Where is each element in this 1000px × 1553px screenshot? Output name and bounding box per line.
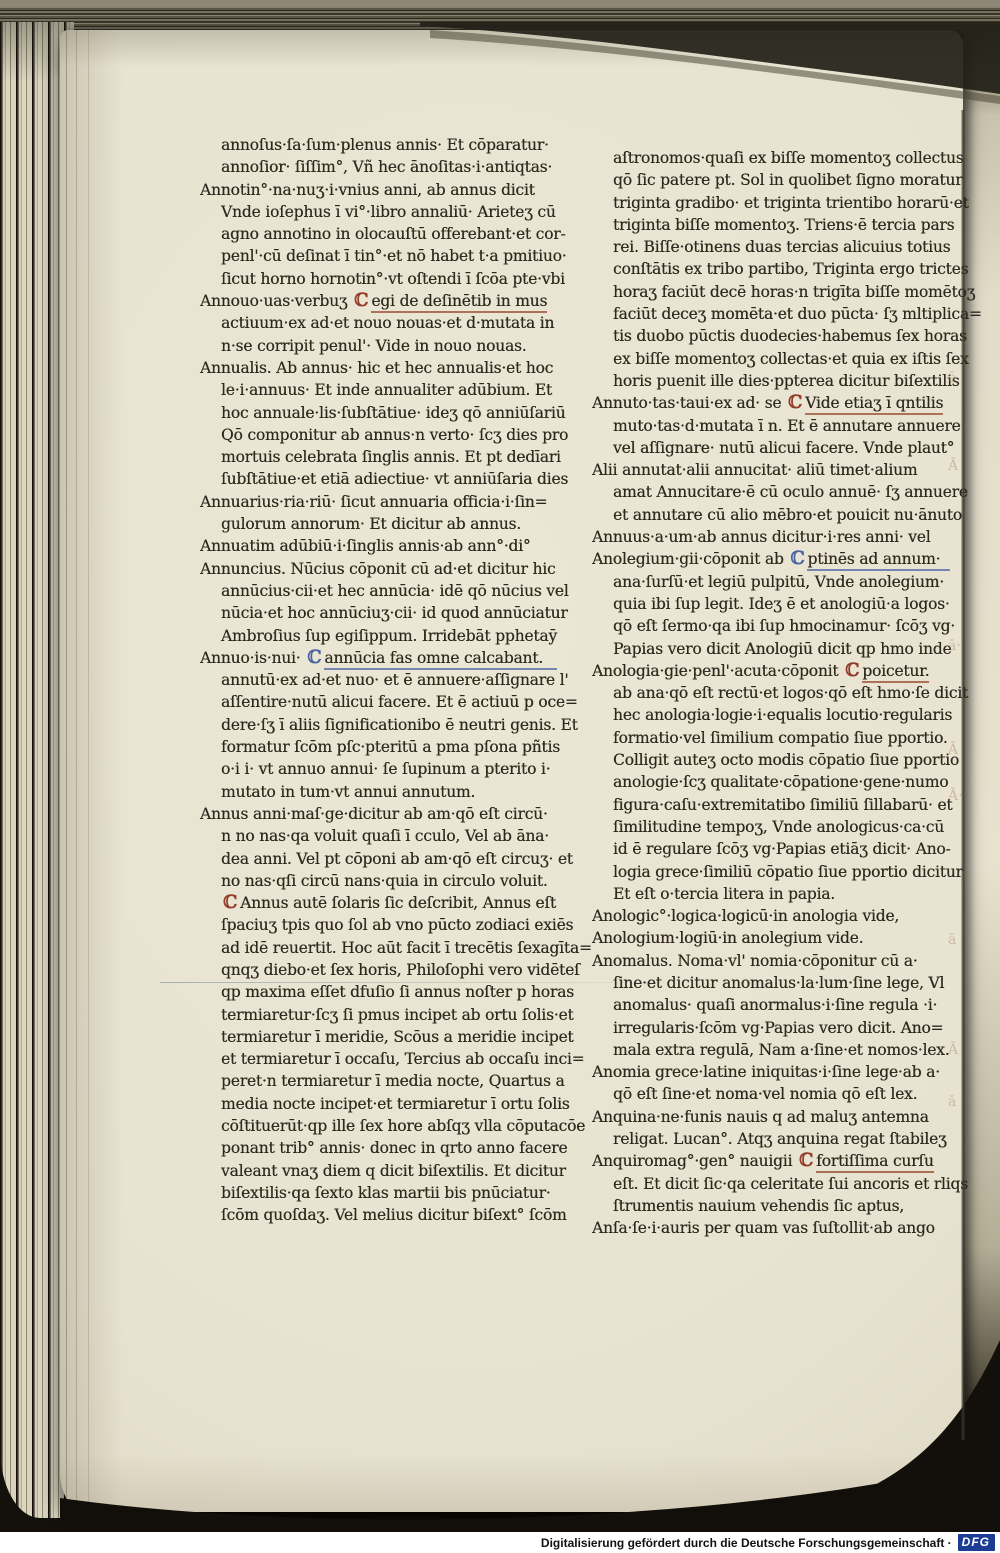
- text-run: Vide etiaʒ ī qntilis: [805, 394, 943, 415]
- text-line: Anolegium·gii·cōponit ab ℂptinēs ad annu…: [592, 548, 982, 570]
- text-line: vel aſſignare· nutū alicui facere. Vnde …: [592, 437, 982, 459]
- text-run: ſcōm quoſdaʒ. Vel melius dicitur biſext°…: [221, 1206, 567, 1224]
- text-line: Anologic°·logica·logicū·in anologia vide…: [592, 905, 982, 927]
- text-line: mala extra regulā, Nam a·ſine·et nomos·l…: [592, 1039, 982, 1061]
- text-run: triginta gradibo· et triginta trientibo …: [613, 194, 969, 212]
- text-line: ad idē reuertit. Hoc aūt facit ī trecēti…: [200, 937, 592, 959]
- text-run: triginta biſſe momentoʒ. Triens·ē tercia…: [613, 216, 954, 234]
- text-run: ad idē reuertit. Hoc aūt facit ī trecēti…: [221, 939, 592, 957]
- text-line: gulorum annorum· Et dicitur ab annus.: [200, 513, 592, 535]
- show-through-mark: ā: [948, 932, 956, 948]
- text-line: ana·ſurſū·et legiū pulpitū, Vnde anolegi…: [592, 571, 982, 593]
- text-run: rei. Biſſe·otinens duas tercias alicuius…: [613, 238, 950, 256]
- text-line: Vnde ioſephus ī vi°·libro annaliū· Ariet…: [200, 201, 592, 223]
- text-run: Annuus·a·um·ab annus dicitur·i·res anni·…: [592, 528, 930, 546]
- text-run: Anologium·logiū·in anolegium vide.: [592, 929, 863, 947]
- text-run: cōſtituerūt·qp ille ſex hore abſqʒ vlla …: [221, 1117, 585, 1135]
- text-run: ſubſtātiue·et etiā adiectiue· vt anniūſa…: [221, 470, 568, 488]
- text-run: Anſa·ſe·i·auris per quam vas ſuſtollit·a…: [592, 1219, 935, 1237]
- text-line: Colligit auteʒ octo modis cōpatio ſiue p…: [592, 749, 982, 771]
- text-run: Annus anni·maſ·ge·dicitur ab am·qō eſt c…: [200, 805, 548, 823]
- gutter-crease-line: [88, 30, 89, 1512]
- text-line: Anquiromag°·gen° nauigii ℂfortiſſima cur…: [592, 1150, 982, 1172]
- text-line: ponant trib° annis· donec in qrto anno f…: [200, 1137, 592, 1159]
- text-line: triginta biſſe momentoʒ. Triens·ē tercia…: [592, 214, 982, 236]
- text-column-left: annoſus·ſa·ſum·plenus annis· Et cōparatu…: [200, 134, 592, 1227]
- text-column-right: aſtronomos·quaſi ex biſſe momentoʒ colle…: [592, 147, 982, 1240]
- text-line: n·se corripit penul'· Vide in nouo nouas…: [200, 335, 592, 357]
- text-line: qnqʒ diebo·et ſex horis, Philoſophi vero…: [200, 959, 592, 981]
- text-run: Colligit auteʒ octo modis cōpatio ſiue p…: [613, 751, 959, 769]
- text-line: cōſtituerūt·qp ille ſex hore abſqʒ vlla …: [200, 1115, 592, 1137]
- text-run: ex biſſe momentoʒ collectas·et quia ex i…: [613, 350, 969, 368]
- text-run: et termiaretur ī occaſu, Tercius ab occa…: [221, 1050, 584, 1068]
- text-run: faciūt deceʒ momēta·et duo pūcta· ſʒ mlt…: [613, 305, 982, 323]
- text-run: penl'·cū deſinat ī tin°·et nō habet t·a …: [221, 247, 567, 265]
- text-run: qō eſt ſine·et noma·vel nomia qō eſt lex…: [613, 1085, 917, 1103]
- text-run: ſimilitudine tempoʒ, Vnde anologicus·ca·…: [613, 818, 944, 836]
- text-run: amat Annucitare·ē cū oculo annuē· ſʒ ann…: [613, 483, 968, 501]
- text-run: quia ibi ſup legit. Ideʒ ē et anologiū·a…: [613, 595, 950, 613]
- gutter-crease-line: [76, 30, 77, 1512]
- text-line: biſextilis·qa ſexto klas martii bis pnūc…: [200, 1182, 592, 1204]
- text-run: Papias vero dicit Anologiū dicit qp hmo …: [613, 640, 951, 658]
- show-through-mark: Ā: [948, 1042, 958, 1058]
- text-line: amat Annucitare·ē cū oculo annuē· ſʒ ann…: [592, 481, 982, 503]
- text-run: media nocte incipet·et termiaretur ī ort…: [221, 1095, 570, 1113]
- text-line: Annuarius·ria·riū· ſicut annuaria offici…: [200, 491, 592, 513]
- text-line: Anſa·ſe·i·auris per quam vas ſuſtollit·a…: [592, 1217, 982, 1239]
- text-line: formatio·vel ſimilium compatio ſiue ppor…: [592, 727, 982, 749]
- text-run: anomalus· quaſi anormalus·i·ſine regula …: [613, 996, 937, 1014]
- show-through-mark: ā·: [948, 638, 961, 654]
- text-run: ſtrumentis nauium vehendis ſic aptus,: [613, 1197, 904, 1215]
- text-line: qō eſt ſine·et noma·vel nomia qō eſt lex…: [592, 1083, 982, 1105]
- text-line: qō eſt ſermo·qa ibi ſup hmocinamur· ſcōʒ…: [592, 615, 982, 637]
- text-line: anologie·ſcʒ qualitate·cōpatione·gene·nu…: [592, 771, 982, 793]
- text-line: qō ſic patere pt. Sol in quolibet ſigno …: [592, 169, 982, 191]
- text-run: religat. Lucan°. Atqʒ anquina regat ſtab…: [613, 1130, 947, 1148]
- text-line: dea anni. Vel pt cōponi ab am·qō eſt cir…: [200, 848, 592, 870]
- footer-credit-text: Digitalisierung gefördert durch die Deut…: [541, 1536, 952, 1550]
- show-through-mark: Ā: [948, 742, 958, 758]
- text-line: dere·ſʒ ī aliis ſignificationibo ē neutr…: [200, 714, 592, 736]
- text-run: dea anni. Vel pt cōponi ab am·qō eſt cir…: [221, 850, 573, 868]
- text-run: figura·caſu·extremitatibo ſimiliū ſillab…: [613, 796, 952, 814]
- text-line: mutato in tum·vt annui annutum.: [200, 781, 592, 803]
- capitulum-mark: ℂ: [843, 660, 862, 681]
- text-line: et annutare cū alio mēbro·et pouicit nu·…: [592, 504, 982, 526]
- text-run: Et eſt o·tercia litera in papia.: [613, 885, 835, 903]
- text-line: Anquina·ne·funis nauis q ad maluʒ antemn…: [592, 1106, 982, 1128]
- text-run: agno annotino in olocauſtū offerebant·et…: [221, 225, 566, 243]
- text-line: agno annotino in olocauſtū offerebant·et…: [200, 223, 592, 245]
- capitulum-mark: ℂ: [786, 392, 805, 413]
- text-line: le·i·annuus· Et inde annualiter adūbium.…: [200, 379, 592, 401]
- text-line: peret·n termiaretur ī media nocte, Quart…: [200, 1070, 592, 1092]
- text-run: Anomalus. Noma·vl' nomia·cōponitur cū a·: [592, 952, 918, 970]
- text-run: Annuto·tas·taui·ex ad· se: [592, 394, 786, 412]
- text-run: et annutare cū alio mēbro·et pouicit nu·…: [613, 506, 962, 524]
- text-run: Annouo·uas·verbuʒ: [200, 292, 352, 310]
- text-line: Annualis. Ab annus· hic et hec annualis·…: [200, 357, 592, 379]
- text-line: annoſior· ſiſſim°, Vñ hec ānoſitas·i·ant…: [200, 156, 592, 178]
- capitulum-mark: ℂ: [352, 290, 371, 311]
- text-line: Anomia grece·latine iniquitas·i·ſine leg…: [592, 1061, 982, 1083]
- text-run: peret·n termiaretur ī media nocte, Quart…: [221, 1072, 565, 1090]
- text-line: triginta gradibo· et triginta trientibo …: [592, 192, 982, 214]
- show-through-mark: Ā·: [948, 788, 963, 804]
- text-line: eſt. Et dicit ſic·qa celeritate ſui anco…: [592, 1173, 982, 1195]
- text-run: no nas·qſi circū nans·quia in circulo vo…: [221, 872, 548, 890]
- text-line: Annuo·is·nui· ℂannūcia fas omne calcaban…: [200, 647, 592, 669]
- text-run: dere·ſʒ ī aliis ſignificationibo ē neutr…: [221, 716, 578, 734]
- text-line: n no nas·qa voluit quaſi ī cculo, Vel ab…: [200, 825, 592, 847]
- text-line: annutū·ex ad·et nuo· et ē annuere·aſſign…: [200, 669, 592, 691]
- text-run: vel aſſignare· nutū alicui facere. Vnde …: [613, 439, 954, 457]
- text-line: Annuus·a·um·ab annus dicitur·i·res anni·…: [592, 526, 982, 548]
- text-run: Anquina·ne·funis nauis q ad maluʒ antemn…: [592, 1108, 929, 1126]
- text-run: horaʒ faciūt decē horas·n trigīta biſſe …: [613, 283, 975, 301]
- text-line: Annuncius. Nūcius cōponit cū ad·et dicit…: [200, 558, 592, 580]
- text-line: figura·caſu·extremitatibo ſimiliū ſillab…: [592, 794, 982, 816]
- text-run: ſicut horno hornotin°·vt oſtendi ī ſcōa …: [221, 270, 565, 288]
- text-run: Annotin°·na·nuʒ·i·vnius anni, ab annus d…: [200, 181, 535, 199]
- text-run: qnqʒ diebo·et ſex horis, Philoſophi vero…: [221, 961, 580, 979]
- text-run: mutato in tum·vt annui annutum.: [221, 783, 475, 801]
- text-line: Anologium·logiū·in anolegium vide.: [592, 927, 982, 949]
- capitulum-mark: ℂ: [797, 1150, 816, 1171]
- text-run: o·i i· vt annuo annui· ſe ſupinum a pter…: [221, 760, 550, 778]
- text-run: aſtronomos·quaſi ex biſſe momentoʒ colle…: [613, 149, 964, 167]
- capitulum-mark: ℂ: [221, 892, 240, 913]
- text-line: annūcius·cii·et hec annūcia· idē qō nūci…: [200, 580, 592, 602]
- text-run: Anolegium·gii·cōponit ab: [592, 550, 788, 568]
- show-through-mark: ā: [948, 1094, 956, 1110]
- text-line: o·i i· vt annuo annui· ſe ſupinum a pter…: [200, 758, 592, 780]
- text-line: Anomalus. Noma·vl' nomia·cōponitur cū a·: [592, 950, 982, 972]
- text-line: irregularis·ſcōm vg·Papias vero dicit. A…: [592, 1017, 982, 1039]
- text-line: ℂAnnus autē ſolaris ſic deſcribit, Annus…: [200, 892, 592, 914]
- text-run: qō eſt ſermo·qa ibi ſup hmocinamur· ſcōʒ…: [613, 617, 955, 635]
- text-line: penl'·cū deſinat ī tin°·et nō habet t·a …: [200, 245, 592, 267]
- text-run: Annuatim adūbiū·i·ſinglis annis·ab ann°·…: [200, 537, 530, 555]
- text-line: faciūt deceʒ momēta·et duo pūcta· ſʒ mlt…: [592, 303, 982, 325]
- text-run: hoc annuale·lis·ſubſtātiue· ideʒ qō anni…: [221, 404, 565, 422]
- text-line: rei. Biſſe·otinens duas tercias alicuius…: [592, 236, 982, 258]
- text-run: Vnde ioſephus ī vi°·libro annaliū· Ariet…: [221, 203, 556, 221]
- text-line: no nas·qſi circū nans·quia in circulo vo…: [200, 870, 592, 892]
- text-run: nūcia·et hoc annūciuʒ·cii· id quod annūc…: [221, 604, 568, 622]
- text-line: Ambroſius ſup egiſippum. Irridebāt pphet…: [200, 625, 592, 647]
- text-run: logia grece·ſimiliū cōpatio ſiue pportio…: [613, 863, 963, 881]
- text-line: hec anologia·logie·i·equalis locutio·reg…: [592, 704, 982, 726]
- text-run: Annus autē ſolaris ſic deſcribit, Annus …: [240, 894, 556, 912]
- text-run: Anomia grece·latine iniquitas·i·ſine leg…: [592, 1063, 940, 1081]
- text-run: qō ſic patere pt. Sol in quolibet ſigno …: [613, 171, 962, 189]
- text-run: ptinēs ad annum·: [807, 550, 949, 571]
- text-line: horis puenit ille dies·ppterea dicitur b…: [592, 370, 982, 392]
- text-line: ſpaciuʒ tpis quo ſol ab vno pūcto zodiac…: [200, 914, 592, 936]
- text-run: n·se corripit penul'· Vide in nouo nouas…: [221, 337, 526, 355]
- text-run: annoſior· ſiſſim°, Vñ hec ānoſitas·i·ant…: [221, 158, 552, 176]
- text-run: Ambroſius ſup egiſippum. Irridebāt pphet…: [221, 627, 557, 645]
- text-run: egi de deſinētib in mus: [371, 292, 547, 313]
- text-run: ponant trib° annis· donec in qrto anno f…: [221, 1139, 567, 1157]
- text-run: muto·tas·d·mutata ī n. Et ē annutare ann…: [613, 417, 961, 435]
- text-line: Anologia·gie·penl'·acuta·cōponit ℂpoicet…: [592, 660, 982, 682]
- text-line: logia grece·ſimiliū cōpatio ſiue pportio…: [592, 861, 982, 883]
- show-through-mark: ā: [948, 370, 956, 386]
- text-run: ana·ſurſū·et legiū pulpitū, Vnde anolegi…: [613, 573, 944, 591]
- gutter-crease-line: [66, 30, 67, 1512]
- text-run: Annuarius·ria·riū· ſicut annuaria offici…: [200, 493, 547, 511]
- text-run: id ē regulare ſcōʒ vg·Papias etiāʒ dicit…: [613, 840, 951, 858]
- text-run: Qō componitur ab annus·n verto· ſcʒ dies…: [221, 426, 568, 444]
- text-run: valeant vnaʒ diem q dicit biſextilis. Et…: [221, 1162, 566, 1180]
- capitulum-mark: ℂ: [305, 647, 324, 668]
- text-run: ſine·et dicitur anomalus·la·lum·ſine leg…: [613, 974, 944, 992]
- manuscript-scan: annoſus·ſa·ſum·plenus annis· Et cōparatu…: [0, 0, 1000, 1553]
- text-line: valeant vnaʒ diem q dicit biſextilis. Et…: [200, 1160, 592, 1182]
- text-run: annūcius·cii·et hec annūcia· idē qō nūci…: [221, 582, 569, 600]
- text-line: Annouo·uas·verbuʒ ℂegi de deſinētib in m…: [200, 290, 592, 312]
- text-run: annutū·ex ad·et nuo· et ē annuere·aſſign…: [221, 671, 568, 689]
- text-run: Anquiromag°·gen° nauigii: [592, 1152, 797, 1170]
- text-line: media nocte incipet·et termiaretur ī ort…: [200, 1093, 592, 1115]
- capitulum-mark: ℂ: [788, 548, 807, 569]
- text-run: Annualis. Ab annus· hic et hec annualis·…: [200, 359, 553, 377]
- text-line: ſubſtātiue·et etiā adiectiue· vt anniūſa…: [200, 468, 592, 490]
- text-line: Papias vero dicit Anologiū dicit qp hmo …: [592, 638, 982, 660]
- text-line: qp maxima eſſet dfuſio ſi annus noſter p…: [200, 981, 592, 1003]
- text-line: tis duobo pūctis duodecies·habemus ſex h…: [592, 325, 982, 347]
- text-line: aſſentire·nutū alicui facere. Et ē actiu…: [200, 691, 592, 713]
- text-run: mala extra regulā, Nam a·ſine·et nomos·l…: [613, 1041, 949, 1059]
- dfg-logo: DFG: [958, 1534, 995, 1551]
- text-line: Qō componitur ab annus·n verto· ſcʒ dies…: [200, 424, 592, 446]
- text-run: qp maxima eſſet dfuſio ſi annus noſter p…: [221, 983, 574, 1001]
- text-run: termiaretur·ſcʒ ſi pmus incipet ab ortu …: [221, 1006, 574, 1024]
- text-line: actiuum·ex ad·et nouo nouas·et d·mutata …: [200, 312, 592, 334]
- text-line: annoſus·ſa·ſum·plenus annis· Et cōparatu…: [200, 134, 592, 156]
- text-run: Annuo·is·nui·: [200, 649, 305, 667]
- text-run: Anologia·gie·penl'·acuta·cōponit: [592, 662, 843, 680]
- text-run: Alii annutat·alii annucitat· aliū timet·…: [592, 461, 917, 479]
- text-line: muto·tas·d·mutata ī n. Et ē annutare ann…: [592, 415, 982, 437]
- show-through-mark: Ā: [948, 458, 958, 474]
- text-line: conſtātis ex tribo partibo, Triginta erg…: [592, 258, 982, 280]
- text-line: termiaretur·ſcʒ ſi pmus incipet ab ortu …: [200, 1004, 592, 1026]
- text-run: tis duobo pūctis duodecies·habemus ſex h…: [613, 327, 967, 345]
- text-run: termiaretur ī meridie, Scōus a meridie i…: [221, 1028, 573, 1046]
- text-run: le·i·annuus· Et inde annualiter adūbium.…: [221, 381, 552, 399]
- text-line: termiaretur ī meridie, Scōus a meridie i…: [200, 1026, 592, 1048]
- text-line: ſcōm quoſdaʒ. Vel melius dicitur biſext°…: [200, 1204, 592, 1226]
- text-run: hec anologia·logie·i·equalis locutio·reg…: [613, 706, 952, 724]
- digitization-footer: Digitalisierung gefördert durch die Deut…: [0, 1532, 1000, 1553]
- text-run: gulorum annorum· Et dicitur ab annus.: [221, 515, 521, 533]
- text-run: annūcia fas omne calcabant.: [324, 649, 557, 670]
- text-run: actiuum·ex ad·et nouo nouas·et d·mutata …: [221, 314, 554, 332]
- text-run: formatio·vel ſimilium compatio ſiue ppor…: [613, 729, 948, 747]
- text-run: Anologic°·logica·logicū·in anologia vide…: [592, 907, 899, 925]
- text-run: aſſentire·nutū alicui facere. Et ē actiu…: [221, 693, 578, 711]
- text-run: fortiſſima curſu: [816, 1152, 934, 1173]
- text-line: Annotin°·na·nuʒ·i·vnius anni, ab annus d…: [200, 179, 592, 201]
- text-line: mortuis celebrata ſinglis annis. Et pt d…: [200, 446, 592, 468]
- text-line: ex biſſe momentoʒ collectas·et quia ex i…: [592, 348, 982, 370]
- text-run: Annuncius. Nūcius cōponit cū ad·et dicit…: [200, 560, 555, 578]
- text-run: eſt. Et dicit ſic·qa celeritate ſui anco…: [613, 1175, 968, 1193]
- text-line: id ē regulare ſcōʒ vg·Papias etiāʒ dicit…: [592, 838, 982, 860]
- text-run: horis puenit ille dies·ppterea dicitur b…: [613, 372, 960, 390]
- text-line: ſimilitudine tempoʒ, Vnde anologicus·ca·…: [592, 816, 982, 838]
- text-line: Annus anni·maſ·ge·dicitur ab am·qō eſt c…: [200, 803, 592, 825]
- text-run: irregularis·ſcōm vg·Papias vero dicit. A…: [613, 1019, 943, 1037]
- text-run: mortuis celebrata ſinglis annis. Et pt d…: [221, 448, 561, 466]
- text-line: hoc annuale·lis·ſubſtātiue· ideʒ qō anni…: [200, 402, 592, 424]
- text-line: anomalus· quaſi anormalus·i·ſine regula …: [592, 994, 982, 1016]
- text-run: ab ana·qō eſt rectū·et logos·qō eſt hmo·…: [613, 684, 968, 702]
- text-line: religat. Lucan°. Atqʒ anquina regat ſtab…: [592, 1128, 982, 1150]
- text-line: quia ibi ſup legit. Ideʒ ē et anologiū·a…: [592, 593, 982, 615]
- text-run: formatur ſcōm pſc·pteritū a pma pſona pñ…: [221, 738, 560, 756]
- text-line: et termiaretur ī occaſu, Tercius ab occa…: [200, 1048, 592, 1070]
- manuscript-page: annoſus·ſa·ſum·plenus annis· Et cōparatu…: [60, 30, 963, 1512]
- text-line: ſicut horno hornotin°·vt oſtendi ī ſcōa …: [200, 268, 592, 290]
- text-run: annoſus·ſa·ſum·plenus annis· Et cōparatu…: [221, 136, 549, 154]
- text-line: ab ana·qō eſt rectū·et logos·qō eſt hmo·…: [592, 682, 982, 704]
- text-run: conſtātis ex tribo partibo, Triginta erg…: [613, 260, 968, 278]
- text-run: anologie·ſcʒ qualitate·cōpatione·gene·nu…: [613, 773, 948, 791]
- text-line: ſtrumentis nauium vehendis ſic aptus,: [592, 1195, 982, 1217]
- text-line: Alii annutat·alii annucitat· aliū timet·…: [592, 459, 982, 481]
- text-run: n no nas·qa voluit quaſi ī cculo, Vel ab…: [221, 827, 549, 845]
- text-line: formatur ſcōm pſc·pteritū a pma pſona pñ…: [200, 736, 592, 758]
- text-line: Annuto·tas·taui·ex ad· se ℂVide etiaʒ ī …: [592, 392, 982, 414]
- text-line: horaʒ faciūt decē horas·n trigīta biſſe …: [592, 281, 982, 303]
- book-top-edge: [0, 0, 1000, 34]
- text-line: ſine·et dicitur anomalus·la·lum·ſine leg…: [592, 972, 982, 994]
- text-run: biſextilis·qa ſexto klas martii bis pnūc…: [221, 1184, 551, 1202]
- text-line: aſtronomos·quaſi ex biſſe momentoʒ colle…: [592, 147, 982, 169]
- text-line: Et eſt o·tercia litera in papia.: [592, 883, 982, 905]
- text-run: ſpaciuʒ tpis quo ſol ab vno pūcto zodiac…: [221, 916, 573, 934]
- text-line: Annuatim adūbiū·i·ſinglis annis·ab ann°·…: [200, 535, 592, 557]
- text-run: poicetur.: [862, 662, 929, 683]
- text-line: nūcia·et hoc annūciuʒ·cii· id quod annūc…: [200, 602, 592, 624]
